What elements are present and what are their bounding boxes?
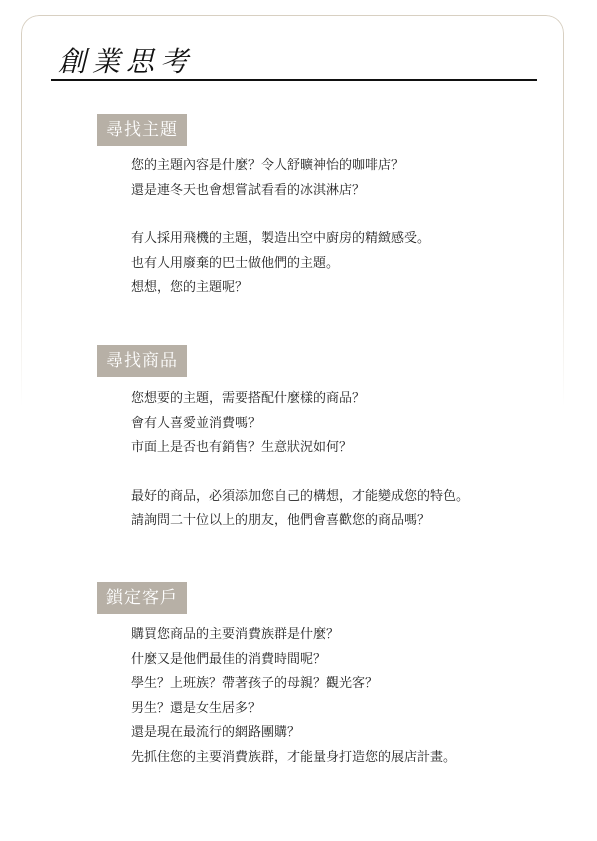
paragraph-gap	[131, 461, 469, 485]
text-line: 您想要的主題，需要搭配什麼樣的商品？	[131, 387, 469, 412]
text-line: 也有人用廢棄的巴士做他們的主題。	[131, 252, 430, 277]
section-body-customer: 購買您商品的主要消費族群是什麼？ 什麼又是他們最佳的消費時間呢？ 學生？上班族？…	[131, 623, 456, 770]
section-heading-product: 尋找商品	[97, 345, 187, 377]
section-body-theme: 您的主題內容是什麼？令人舒曠神怡的咖啡店？ 還是連冬天也會想嘗試看看的冰淇淋店？…	[131, 154, 430, 301]
text-line: 有人採用飛機的主題，製造出空中廚房的精緻感受。	[131, 227, 430, 252]
text-line: 先抓住您的主要消費族群，才能量身打造您的展店計畫。	[131, 746, 456, 771]
text-line: 會有人喜愛並消費嗎？	[131, 412, 469, 437]
text-line: 還是連冬天也會想嘗試看看的冰淇淋店？	[131, 179, 430, 204]
title-underline	[51, 79, 537, 81]
text-line: 您的主題內容是什麼？令人舒曠神怡的咖啡店？	[131, 154, 430, 179]
section-body-product: 您想要的主題，需要搭配什麼樣的商品？ 會有人喜愛並消費嗎？ 市面上是否也有銷售？…	[131, 387, 469, 534]
text-line: 購買您商品的主要消費族群是什麼？	[131, 623, 456, 648]
text-line: 男生？還是女生居多？	[131, 697, 456, 722]
page-title: 創業思考	[58, 44, 194, 80]
text-line: 市面上是否也有銷售？生意狀況如何？	[131, 436, 469, 461]
text-line: 學生？上班族？帶著孩子的母親？觀光客？	[131, 672, 456, 697]
text-line: 什麼又是他們最佳的消費時間呢？	[131, 648, 456, 673]
section-heading-theme: 尋找主題	[97, 114, 187, 146]
paragraph-gap	[131, 203, 430, 227]
section-heading-customer: 鎖定客戶	[97, 582, 187, 614]
text-line: 想想，您的主題呢？	[131, 276, 430, 301]
text-line: 還是現在最流行的網路團購？	[131, 721, 456, 746]
text-line: 最好的商品，必須添加您自己的構想，才能變成您的特色。	[131, 485, 469, 510]
text-line: 請詢問二十位以上的朋友，他們會喜歡您的商品嗎？	[131, 509, 469, 534]
